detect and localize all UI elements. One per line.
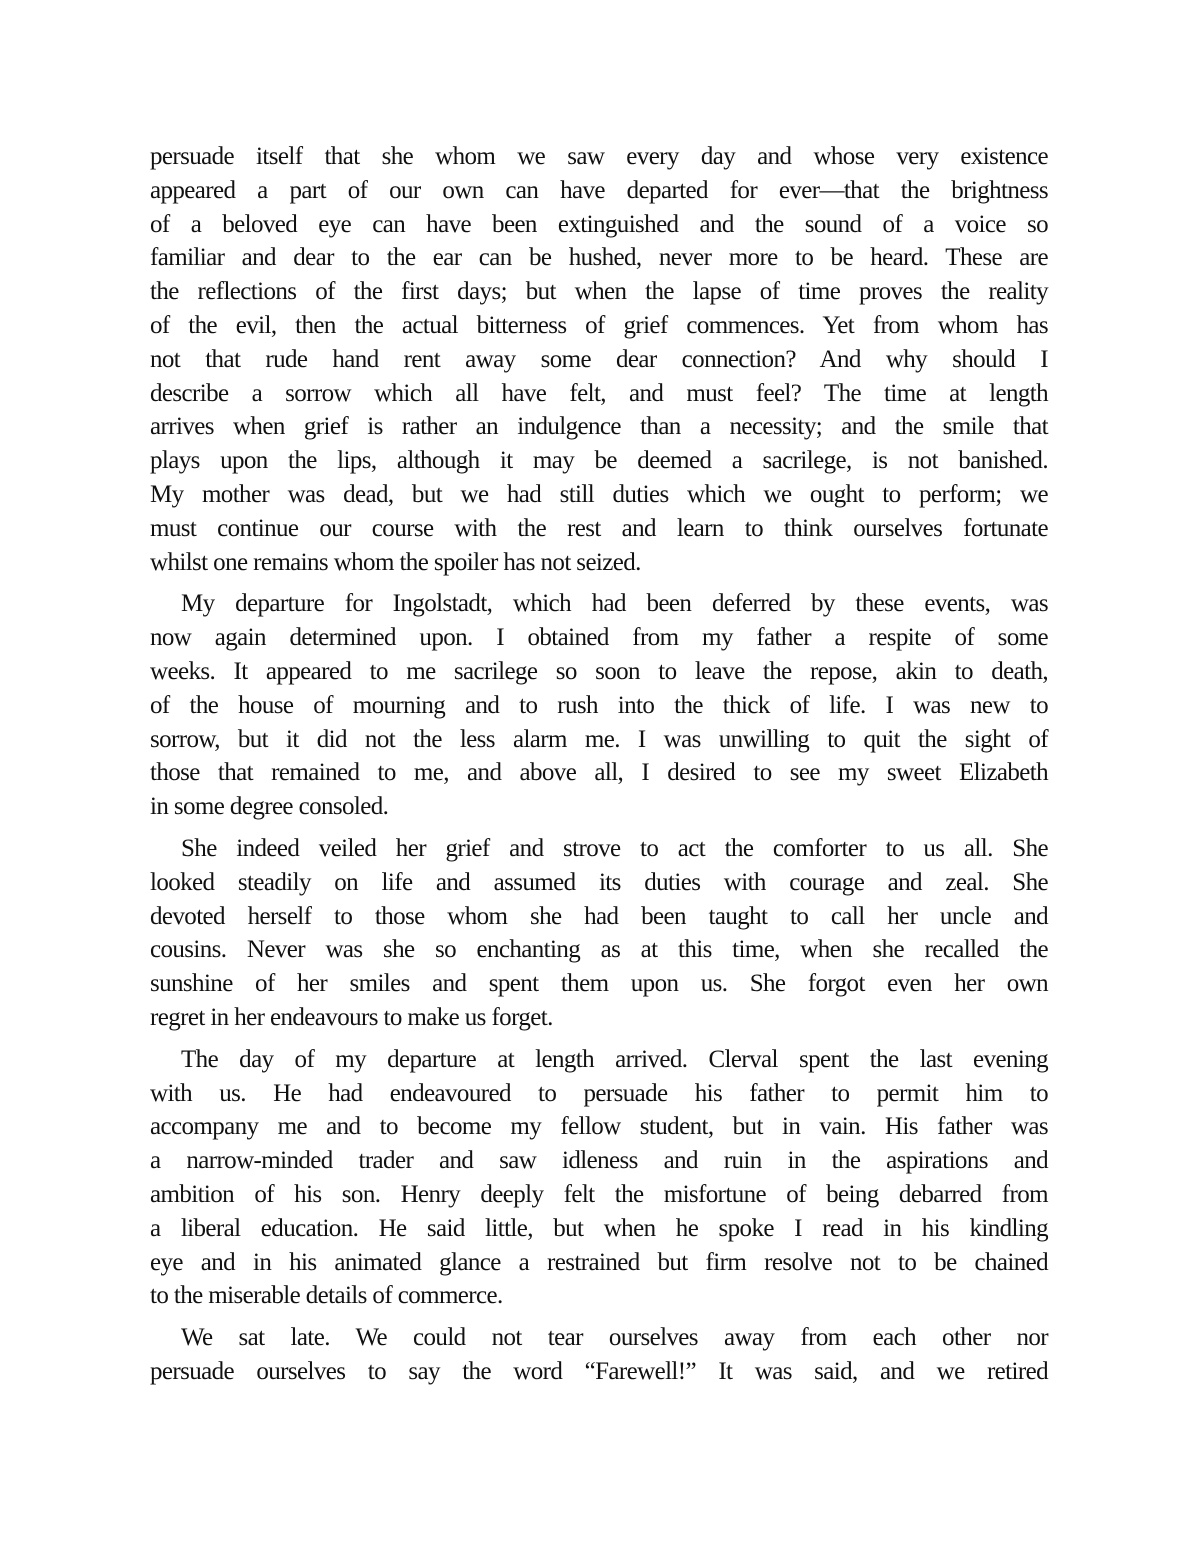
text-line: those that remained to me, and above all… — [150, 756, 1048, 790]
text-line: whilst one remains whom the spoiler has … — [150, 546, 1048, 580]
text-line: describe a sorrow which all have felt, a… — [150, 377, 1048, 411]
paragraph-4: The day of my departure at length arrive… — [150, 1043, 1048, 1313]
text-line: persuade ourselves to say the word “Fare… — [150, 1355, 1048, 1389]
text-line: must continue our course with the rest a… — [150, 512, 1048, 546]
text-line: sunshine of her smiles and spent them up… — [150, 967, 1048, 1001]
text-line: My departure for Ingolstadt, which had b… — [150, 587, 1048, 621]
text-line: to the miserable details of commerce. — [150, 1279, 1048, 1313]
text-line: in some degree consoled. — [150, 790, 1048, 824]
text-line: cousins. Never was she so enchanting as … — [150, 933, 1048, 967]
text-line: weeks. It appeared to me sacrilege so so… — [150, 655, 1048, 689]
text-line: The day of my departure at length arrive… — [150, 1043, 1048, 1077]
text-line: plays upon the lips, although it may be … — [150, 444, 1048, 478]
text-line: of the house of mourning and to rush int… — [150, 689, 1048, 723]
text-line: We sat late. We could not tear ourselves… — [150, 1321, 1048, 1355]
text-line: with us. He had endeavoured to persuade … — [150, 1077, 1048, 1111]
text-line: a liberal education. He said little, but… — [150, 1212, 1048, 1246]
text-line: She indeed veiled her grief and strove t… — [150, 832, 1048, 866]
paragraph-3: She indeed veiled her grief and strove t… — [150, 832, 1048, 1035]
text-line: eye and in his animated glance a restrai… — [150, 1246, 1048, 1280]
text-line: sorrow, but it did not the less alarm me… — [150, 723, 1048, 757]
text-line: a narrow-minded trader and saw idleness … — [150, 1144, 1048, 1178]
text-line: devoted herself to those whom she had be… — [150, 900, 1048, 934]
text-line: regret in her endeavours to make us forg… — [150, 1001, 1048, 1035]
paragraph-5: We sat late. We could not tear ourselves… — [150, 1321, 1048, 1389]
text-line: accompany me and to become my fellow stu… — [150, 1110, 1048, 1144]
text-line: now again determined upon. I obtained fr… — [150, 621, 1048, 655]
text-line: of a beloved eye can have been extinguis… — [150, 208, 1048, 242]
text-line: arrives when grief is rather an indulgen… — [150, 410, 1048, 444]
text-line: looked steadily on life and assumed its … — [150, 866, 1048, 900]
text-line: the reflections of the first days; but w… — [150, 275, 1048, 309]
text-line: ambition of his son. Henry deeply felt t… — [150, 1178, 1048, 1212]
paragraph-1: persuade itself that she whom we saw eve… — [150, 140, 1048, 579]
text-line: appeared a part of our own can have depa… — [150, 174, 1048, 208]
document-page: persuade itself that she whom we saw eve… — [150, 140, 1048, 1397]
text-line: not that rude hand rent away some dear c… — [150, 343, 1048, 377]
text-line: My mother was dead, but we had still dut… — [150, 478, 1048, 512]
text-line: of the evil, then the actual bitterness … — [150, 309, 1048, 343]
paragraph-2: My departure for Ingolstadt, which had b… — [150, 587, 1048, 824]
text-line: persuade itself that she whom we saw eve… — [150, 140, 1048, 174]
text-line: familiar and dear to the ear can be hush… — [150, 241, 1048, 275]
